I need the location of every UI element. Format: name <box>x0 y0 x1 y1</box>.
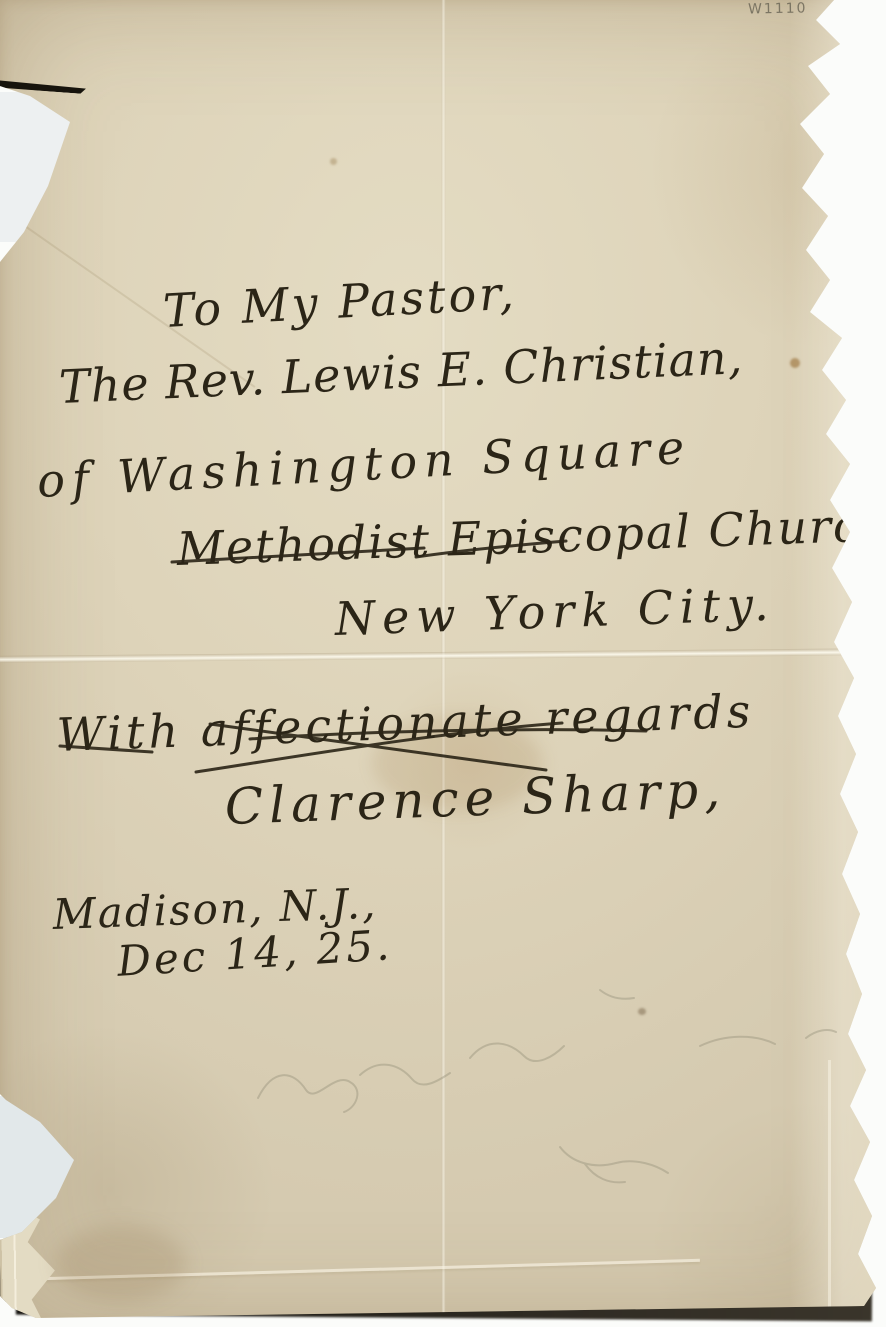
letter-paper: W1110 To My Pastor, The Rev. Lewis E. Ch… <box>0 0 886 1327</box>
letter-line-church: Methodist Episcopal Church, <box>176 500 886 572</box>
letter-line-signature: Clarence Sharp, <box>224 765 727 832</box>
scanned-letter: W1110 To My Pastor, The Rev. Lewis E. Ch… <box>0 0 886 1327</box>
letter-line-recipient-name: The Rev. Lewis E. Christian, <box>58 334 744 410</box>
closing-pre: With <box>56 703 202 762</box>
right-edge-crease <box>828 1060 831 1320</box>
closing-post: regards <box>526 684 755 746</box>
letter-line-address: of Washington Square <box>36 424 692 504</box>
struck-word-methodist: Methodist <box>176 513 432 576</box>
vertical-fold-crease <box>441 0 446 1327</box>
ink-speck <box>638 1008 646 1015</box>
torn-right-edge <box>790 0 886 1327</box>
catalog-number-pencil: W1110 <box>748 0 808 17</box>
fox-stain-spot <box>330 158 337 165</box>
letter-line-closing: With affectionate regards <box>56 688 755 758</box>
fox-stain-spot <box>790 358 800 368</box>
fox-stain-spot <box>864 1026 873 1035</box>
letter-line-salutation: To My Pastor, <box>162 269 518 333</box>
letter-line-city: New York City. <box>334 581 776 642</box>
crossed-word-affectionate: affectionate <box>200 692 528 757</box>
aging-stain <box>56 1226 186 1301</box>
